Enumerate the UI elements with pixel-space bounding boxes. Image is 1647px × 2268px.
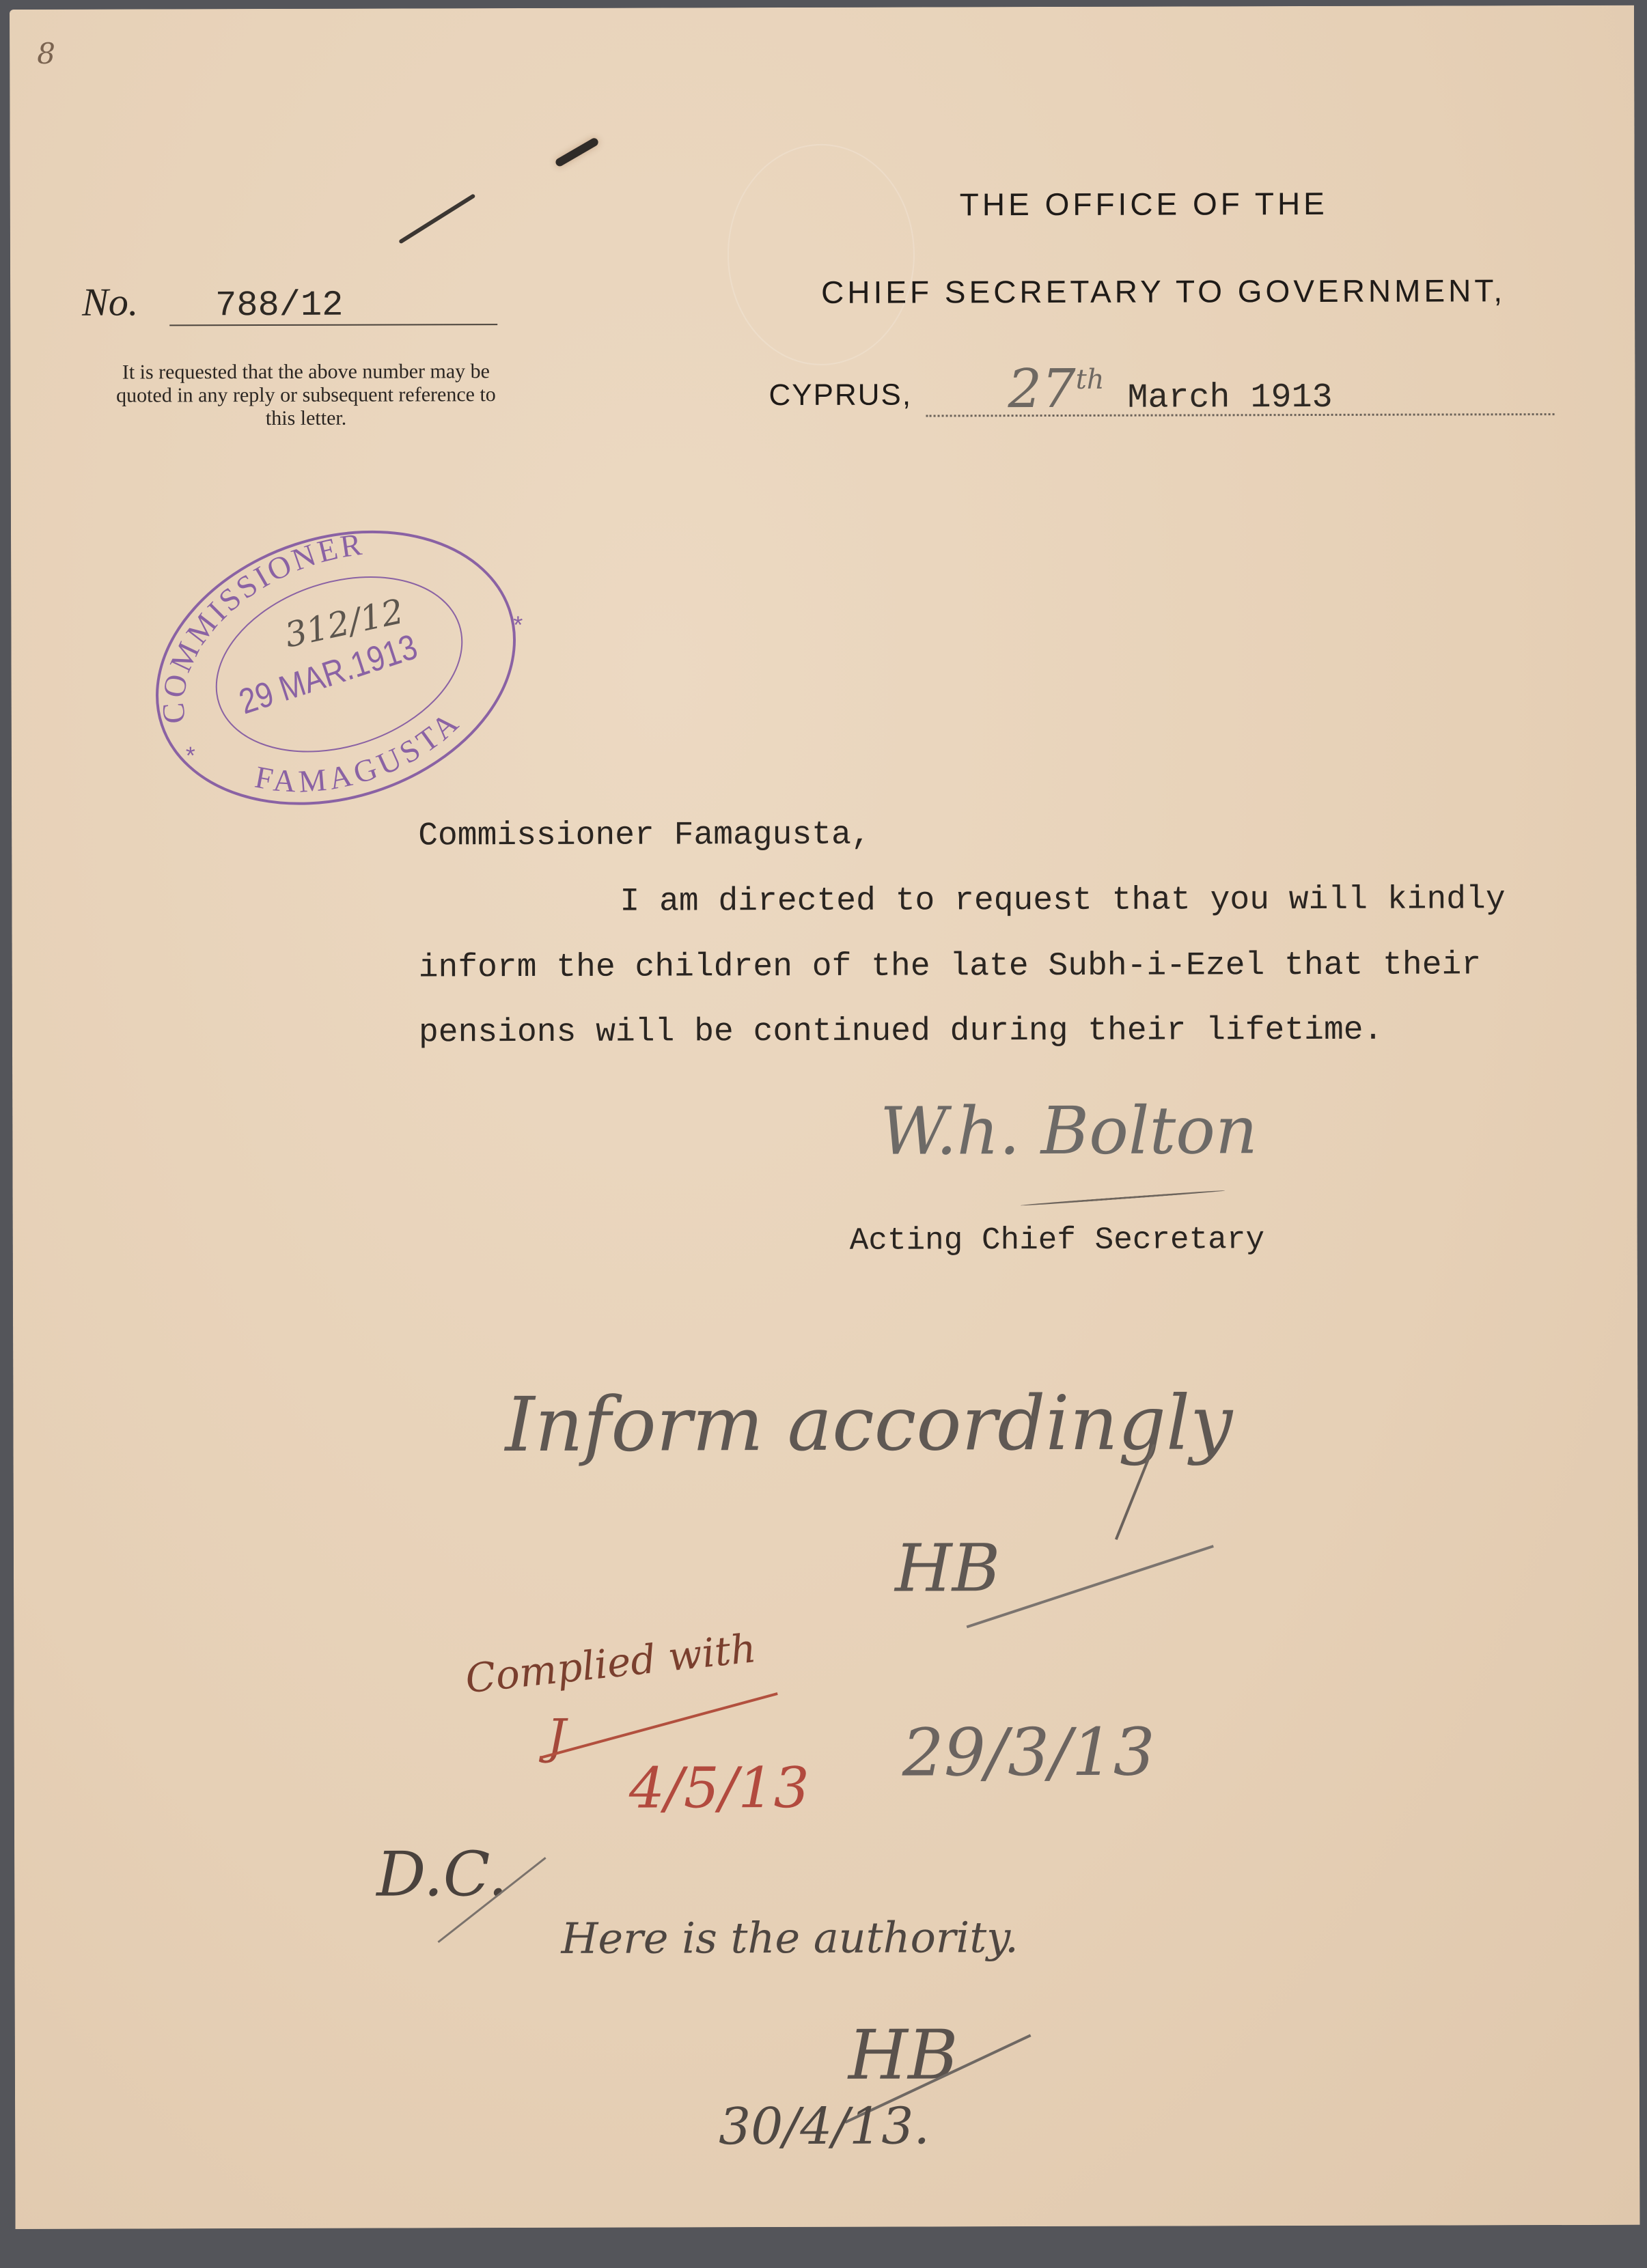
stamp-star-icon: * [513, 611, 523, 639]
signatory-title: Acting Chief Secretary [850, 1222, 1264, 1259]
commissioner-stamp: COMMISSIONER FAMAGUSTA * * 312/12 29 MAR… [144, 517, 527, 818]
stamp-bottom-text: FAMAGUSTA [252, 703, 468, 799]
body-line3: pensions will be continued during their … [419, 1012, 1383, 1052]
reference-number: 788/12 [215, 285, 343, 326]
annotation-date-2: 30/4/13. [719, 2097, 930, 2156]
red-date: 4/5/13 [629, 1756, 809, 1821]
pin-icon [398, 193, 475, 244]
reference-note: It is requested that the above number ma… [106, 360, 506, 431]
red-note-complied: Complied with [463, 1625, 758, 1702]
reference-label: No. [82, 279, 138, 325]
red-strike-line [540, 1692, 778, 1759]
body-line1: I am directed to request that you will k… [620, 881, 1505, 920]
initials-1: HB [895, 1530, 1001, 1606]
date-typed: March 1913 [1127, 378, 1332, 418]
stamp-star-icon: * [186, 741, 195, 769]
body-line2: inform the children of the late Subh-i-E… [419, 947, 1482, 986]
salutation: Commissioner Famagusta, [418, 817, 871, 855]
letterhead-line2: CHIEF SECRETARY TO GOVERNMENT, [821, 272, 1506, 311]
date-handwritten: 27th [1008, 359, 1104, 420]
letterhead-line1: THE OFFICE OF THE [960, 185, 1328, 223]
signature-flourish [1021, 1190, 1225, 1207]
signature: W.h. Bolton [880, 1092, 1258, 1169]
letter-page: 8 No. 788/12 It is requested that the ab… [10, 5, 1640, 2229]
initials-2: HB [848, 2015, 958, 2095]
annotation-date-1: 29/3/13 [902, 1714, 1155, 1791]
initials-1-flourish [967, 1545, 1214, 1628]
minute-inform-accordingly: Inform accordingly [505, 1379, 1232, 1468]
annotation-dc: D.C. [376, 1838, 508, 1911]
corner-pencil-mark: 8 [37, 37, 55, 70]
embossed-crest-icon [728, 144, 915, 366]
svg-text:FAMAGUSTA: FAMAGUSTA [252, 703, 468, 799]
letterhead-place: CYPRUS, [769, 378, 912, 413]
nail-icon [554, 137, 600, 168]
authority-note: Here is the authority. [561, 1912, 1019, 1963]
